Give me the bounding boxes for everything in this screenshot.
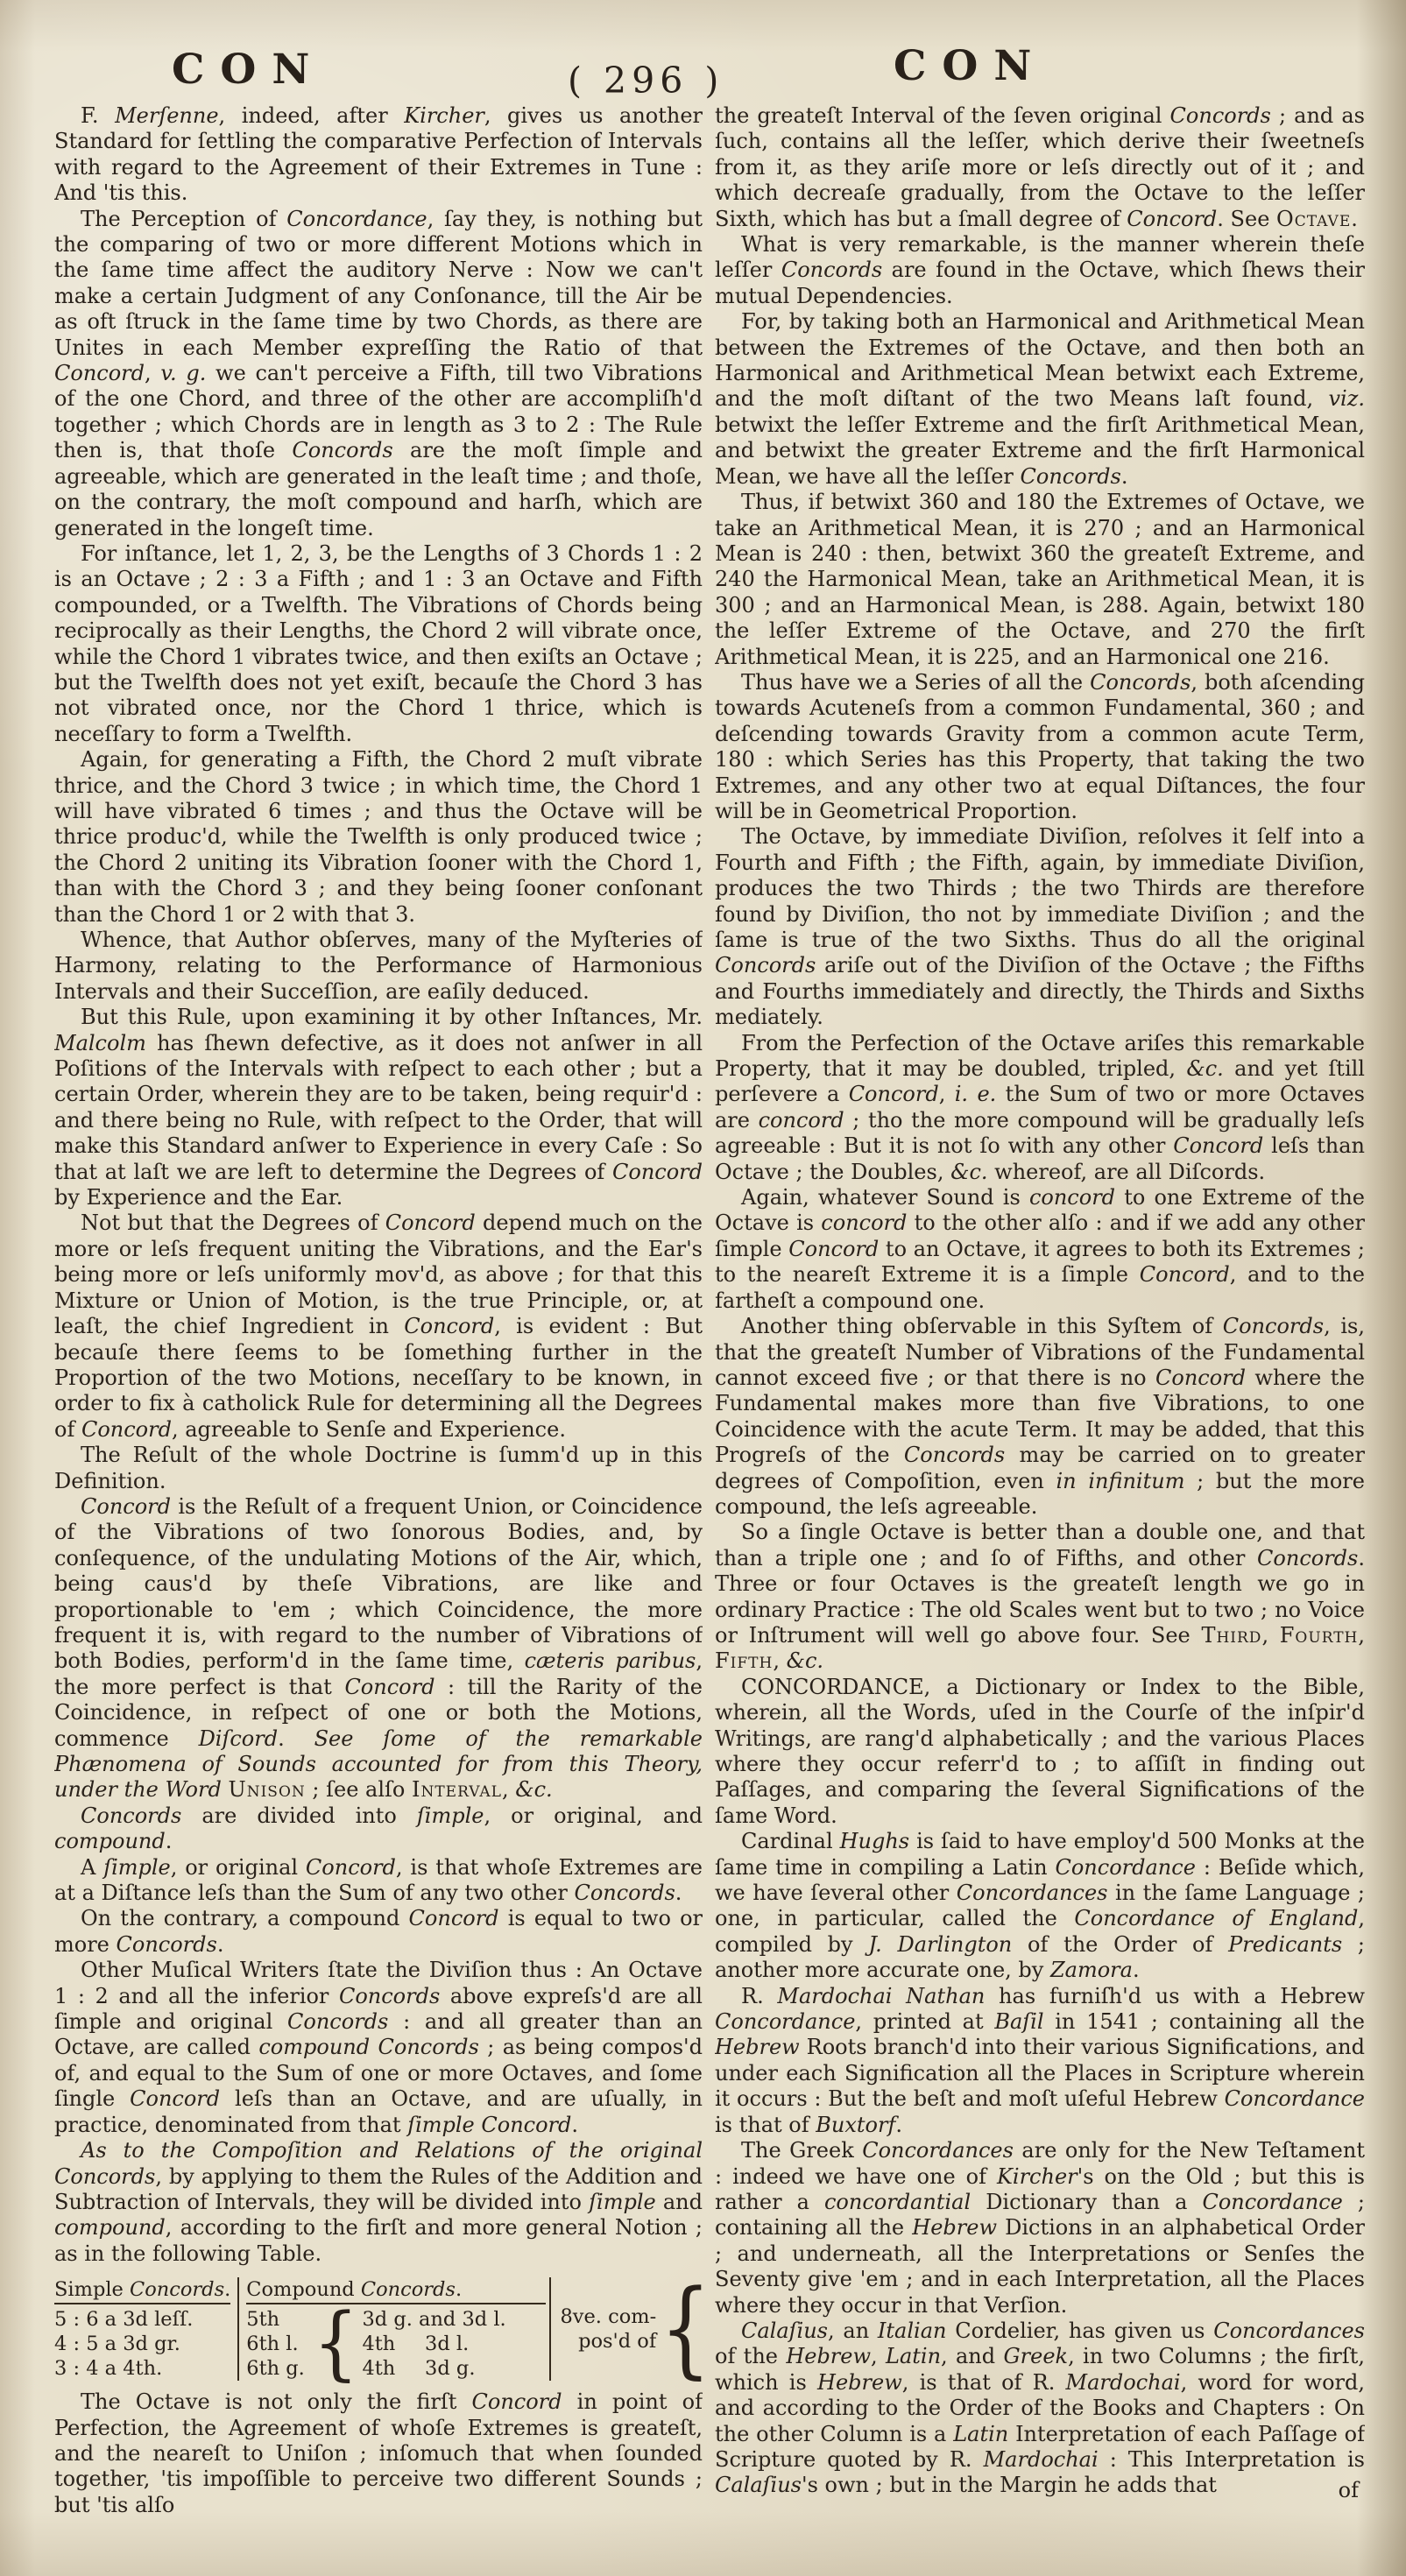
table-row: 4 : 5 a 3d gr. xyxy=(54,2332,230,2356)
paragraph: From the Perfection of the Octave ariſes… xyxy=(715,1031,1365,1185)
table-row: 3 : 4 a 4th. xyxy=(54,2356,230,2381)
simple-concords-group: Simple Concords. 5 : 6 a 3d leſſ. 4 : 5 … xyxy=(54,2277,239,2381)
paragraph: Again, whatever Sound is concord to one … xyxy=(715,1185,1365,1314)
paragraph: But this Rule, upon examining it by othe… xyxy=(54,1005,703,1210)
compound-concords-body: 5th 6th l. 6th g. { 3d g. and 3d l. 4th … xyxy=(246,2307,546,2381)
paragraph: The Greek Concordances are only for the … xyxy=(715,2138,1365,2318)
table-row: 6th g. xyxy=(246,2356,311,2381)
paragraph: Cardinal Hughs is ſaid to have employ'd … xyxy=(715,1829,1365,1983)
compound-values: 3d g. and 3d l. 4th 3d l. 4th 3d g. xyxy=(362,2307,546,2381)
right-column-text: the greateſt Interval of the ſeven origi… xyxy=(715,103,1365,2499)
compound-labels: 5th 6th l. 6th g. xyxy=(246,2307,311,2381)
octave-label-line: 8ve. com- xyxy=(560,2304,656,2329)
paragraph: As to the Compoſition and Relations of t… xyxy=(54,2138,703,2267)
paragraph: Whence, that Author obſerves, many of th… xyxy=(54,928,703,1005)
right-column: the greateſt Interval of the ſeven origi… xyxy=(715,103,1365,2538)
table-row: 3d g. and 3d l. xyxy=(362,2307,546,2332)
paragraph: CONCORDANCE, a Dictionary or Index to th… xyxy=(715,1675,1365,1829)
table-row: 4th 3d l. xyxy=(362,2332,546,2356)
book-page: CON ( 296 ) CON F. Merſenne, indeed, aft… xyxy=(0,0,1406,2576)
compound-concords-header: Compound Concords. xyxy=(246,2277,546,2304)
left-column: F. Merſenne, indeed, after Kircher, give… xyxy=(54,103,703,2538)
paragraph: R. Mardochai Nathan has furniſh'd us wit… xyxy=(715,1984,1365,2138)
left-column-lower-text: The Octave is not only the firſt Concord… xyxy=(54,2389,703,2518)
brace-glyph: { xyxy=(313,2304,358,2383)
paragraph: What is very remarkable, is the manner w… xyxy=(715,232,1365,309)
paragraph: The Reſult of the whole Doctrine is ſumm… xyxy=(54,1443,703,1494)
paragraph: F. Merſenne, indeed, after Kircher, give… xyxy=(54,103,703,207)
concords-table: Simple Concords. 5 : 6 a 3d leſſ. 4 : 5 … xyxy=(54,2277,703,2381)
paragraph: Not but that the Degrees of Concord depe… xyxy=(54,1210,703,1443)
paragraph: The Octave is not only the firſt Concord… xyxy=(54,2389,703,2518)
paragraph: Concords are divided into ſimple, or ori… xyxy=(54,1803,703,1855)
paragraph: The Octave, by immediate Diviſion, reſol… xyxy=(715,824,1365,1030)
left-column-upper-text: F. Merſenne, indeed, after Kircher, give… xyxy=(54,103,703,2267)
compound-concords-group: Compound Concords. 5th 6th l. 6th g. { 3… xyxy=(246,2277,551,2381)
page-number: ( 296 ) xyxy=(568,60,724,102)
octave-label-line: pos'd of xyxy=(560,2329,656,2354)
running-head-left: CON xyxy=(172,46,325,94)
paragraph: So a ſingle Octave is better than a doub… xyxy=(715,1520,1365,1674)
paragraph: the greateſt Interval of the ſeven origi… xyxy=(715,103,1365,232)
paragraph: Other Muſical Writers ſtate the Diviſion… xyxy=(54,1958,703,2138)
paragraph: For inſtance, let 1, 2, 3, be the Length… xyxy=(54,541,703,747)
paragraph: A ſimple, or original Concord, is that w… xyxy=(54,1855,703,1907)
paragraph: Thus, if betwixt 360 and 180 the Extreme… xyxy=(715,490,1365,670)
table-row: 4th 3d g. xyxy=(362,2356,546,2381)
paragraph: Again, for generating a Fifth, the Chord… xyxy=(54,747,703,928)
octave-label: 8ve. com- pos'd of xyxy=(560,2304,656,2354)
paragraph: Calaſius, an Italian Cordelier, has give… xyxy=(715,2318,1365,2499)
text-columns: F. Merſenne, indeed, after Kircher, give… xyxy=(54,103,1365,2538)
paragraph: For, by taking both an Harmonical and Ar… xyxy=(715,309,1365,490)
table-row: 5th xyxy=(246,2307,311,2332)
brace-glyph: { xyxy=(660,2275,703,2384)
paragraph: Another thing obſervable in this Syſtem … xyxy=(715,1314,1365,1520)
simple-concords-header: Simple Concords. xyxy=(54,2277,230,2304)
paragraph: Thus have we a Series of all the Concord… xyxy=(715,670,1365,824)
catchword: of xyxy=(1339,2478,1359,2502)
table-row: 5 : 6 a 3d leſſ. xyxy=(54,2307,230,2332)
table-row: 6th l. xyxy=(246,2332,311,2356)
running-head-right: CON xyxy=(894,42,1047,90)
paragraph: The Perception of Concordance, ſay they,… xyxy=(54,207,703,541)
octave-composition-group: 8ve. com- pos'd of { 5th 4 or 6th g. 3d … xyxy=(551,2277,703,2381)
paragraph: On the contrary, a compound Concord is e… xyxy=(54,1906,703,1958)
paragraph: Concord is the Reſult of a frequent Unio… xyxy=(54,1494,703,1803)
